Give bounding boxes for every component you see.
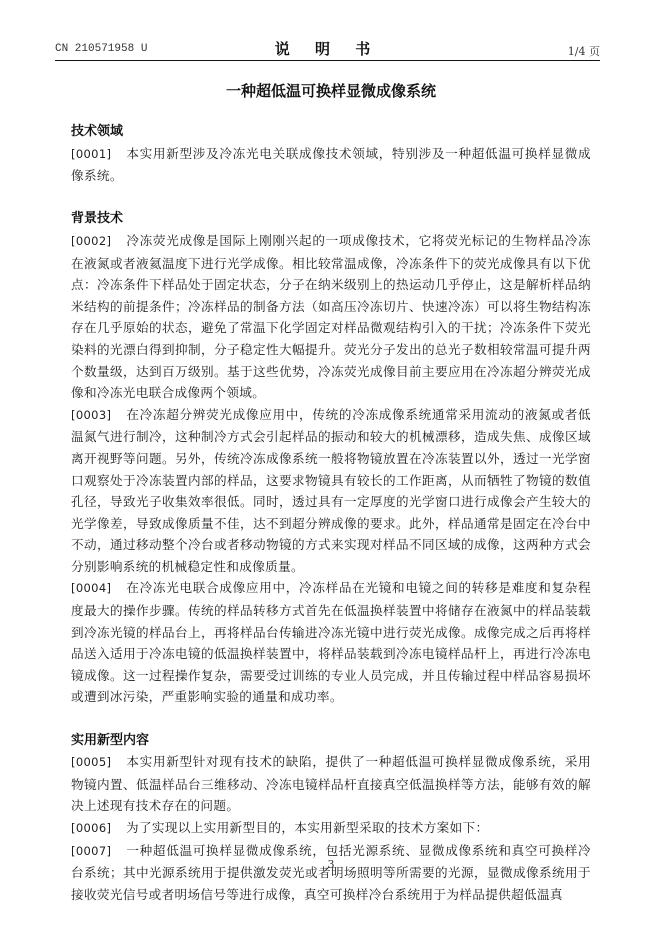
page-indicator: 1/4 页 [568, 43, 600, 59]
section-utility-model-content: 实用新型内容 [0005]本实用新型针对现有技术的缺陷，提供了一种超低温可换样显… [71, 730, 591, 906]
paragraph-number: [0004] [71, 578, 126, 600]
paragraph: [0002]冷冻荧光成像是国际上刚刚兴起的一项成像技术，它将荧光标记的生物样品冷… [71, 230, 591, 404]
paragraph: [0004]在冷冻光电联合成像应用中，冷冻样品在光镜和电镜之间的转移是难度和复杂… [71, 577, 591, 708]
paragraph-text: 本实用新型涉及冷冻光电关联成像技术领域，特别涉及一种超低温可换样显微成像系统。 [71, 146, 591, 184]
paragraph-number: [0001] [71, 144, 126, 166]
paragraph-text: 冷冻荧光成像是国际上刚刚兴起的一项成像技术，它将荧光标记的生物样品冷冻在液氮或者… [71, 233, 591, 400]
section-background: 背景技术 [0002]冷冻荧光成像是国际上刚刚兴起的一项成像技术，它将荧光标记的… [71, 208, 591, 708]
document-type: 说 明 书 [55, 38, 600, 59]
section-technical-field: 技术领域 [0001]本实用新型涉及冷冻光电关联成像技术领域，特别涉及一种超低温… [71, 121, 591, 187]
section-heading: 实用新型内容 [71, 730, 591, 752]
paragraph-text: 为了实现以上实用新型目的，本实用新型采取的技术方案如下： [126, 820, 488, 835]
paragraph: [0005]本实用新型针对现有技术的缺陷，提供了一种超低温可换样显微成像系统，采… [71, 751, 591, 817]
page-header: CN 210571958 U 说 明 书 1/4 页 [55, 38, 600, 61]
paragraph: [0003]在冷冻超分辨荧光成像应用中，传统的冷冻成像系统通常采用流动的液氮或者… [71, 404, 591, 578]
paragraph-text: 在冷冻光电联合成像应用中，冷冻样品在光镜和电镜之间的转移是难度和复杂程度最大的操… [71, 580, 591, 704]
paragraph: [0006]为了实现以上实用新型目的，本实用新型采取的技术方案如下： [71, 817, 591, 840]
paragraph-text: 在冷冻超分辨荧光成像应用中，传统的冷冻成像系统通常采用流动的液氮或者低温氮气进行… [71, 407, 591, 574]
paragraph: [0007]一种超低温可换样显微成像系统，包括光源系统、显微成像系统和真空可换样… [71, 840, 591, 906]
paragraph-text: 一种超低温可换样显微成像系统，包括光源系统、显微成像系统和真空可换样冷台系统；其… [71, 843, 591, 902]
document-body: 技术领域 [0001]本实用新型涉及冷冻光电关联成像技术领域，特别涉及一种超低温… [71, 121, 591, 905]
paragraph-number: [0005] [71, 752, 126, 774]
section-heading: 技术领域 [71, 121, 591, 143]
paragraph-number: [0006] [71, 818, 126, 840]
paragraph: [0001]本实用新型涉及冷冻光电关联成像技术领域，特别涉及一种超低温可换样显微… [71, 143, 591, 187]
section-heading: 背景技术 [71, 208, 591, 230]
paragraph-number: [0003] [71, 405, 126, 427]
document-title: 一种超低温可换样显微成像系统 [0, 80, 662, 101]
page-number: 3 [0, 858, 662, 871]
paragraph-number: [0002] [71, 231, 126, 253]
paragraph-text: 本实用新型针对现有技术的缺陷，提供了一种超低温可换样显微成像系统，采用物镜内置、… [71, 754, 591, 813]
